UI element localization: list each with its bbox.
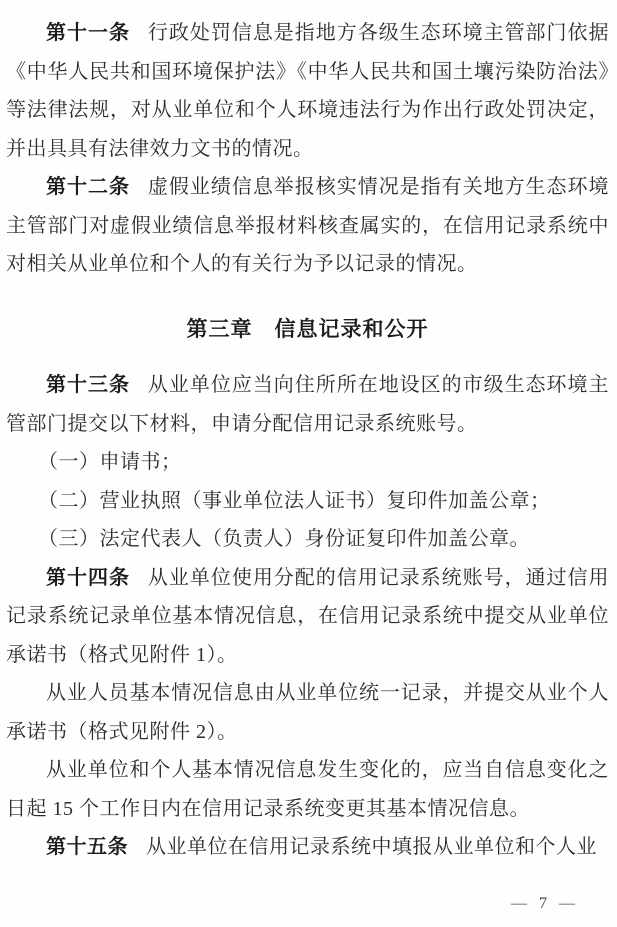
- article-14-number: 第十四条: [46, 567, 130, 589]
- article-13-item-1: （一）申请书；: [6, 443, 609, 482]
- article-14-paragraph-3: 从业单位和个人基本情况信息发生变化的，应当自信息变化之日起 15 个工作日内在信…: [6, 751, 609, 828]
- article-12-number: 第十二条: [46, 176, 130, 198]
- article-15-paragraph: 第十五条从业单位在信用记录系统中填报从业单位和个人业: [6, 828, 609, 867]
- article-13-item-3: （三）法定代表人（负责人）身份证复印件加盖公章。: [6, 520, 609, 559]
- article-14-paragraph-2: 从业人员基本情况信息由从业单位统一记录，并提交从业个人承诺书（格式见附件 2）。: [6, 674, 609, 751]
- chapter-3-heading: 第三章 信息记录和公开: [6, 310, 609, 349]
- article-15-text: 从业单位在信用记录系统中填报从业单位和个人业: [146, 836, 597, 858]
- article-13-paragraph: 第十三条从业单位应当向住所所在地设区的市级生态环境主管部门提交以下材料，申请分配…: [6, 366, 609, 443]
- article-11-paragraph: 第十一条行政处罚信息是指地方各级生态环境主管部门依据《中华人民共和国环境保护法》…: [6, 14, 609, 168]
- article-13-item-2: （二）营业执照（事业单位法人证书）复印件加盖公章；: [6, 482, 609, 521]
- article-14-paragraph-1: 第十四条从业单位使用分配的信用记录系统账号，通过信用记录系统记录单位基本情况信息…: [6, 559, 609, 675]
- page-number: — 7 —: [6, 895, 579, 913]
- article-11-number: 第十一条: [46, 22, 130, 44]
- article-15-number: 第十五条: [46, 836, 128, 858]
- article-13-number: 第十三条: [46, 374, 130, 396]
- document-page: 第十一条行政处罚信息是指地方各级生态环境主管部门依据《中华人民共和国环境保护法》…: [0, 0, 617, 927]
- article-12-paragraph: 第十二条虚假业绩信息举报核实情况是指有关地方生态环境主管部门对虚假业绩信息举报材…: [6, 168, 609, 284]
